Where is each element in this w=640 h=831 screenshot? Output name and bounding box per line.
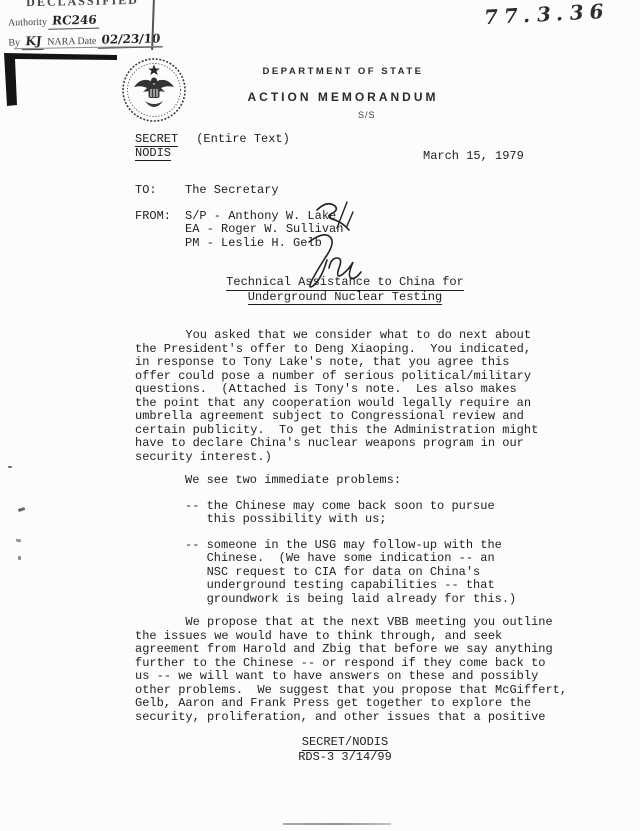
state-department-seal-icon [121,57,187,123]
body-paragraph-2: We propose that at the next VBB meeting … [135,616,580,724]
body-paragraph-1: You asked that we consider what to do ne… [135,329,580,464]
letterhead-agency: DEPARTMENT OF STATE [218,66,468,77]
stamp-authority-value: RC246 [49,13,101,30]
gelb-signature [309,235,361,287]
bullet-item-1: -- the Chinese may come back soon to pur… [185,500,580,527]
classification-level: SECRET [135,132,178,147]
scan-speck [8,466,12,468]
bullet-item-2: -- someone in the USG may follow-up with… [185,539,580,607]
scanned-memo-page: DECLASSIFIED Authority RC246 By KJ NARA … [0,0,640,831]
subject-line-2: Underground Nuclear Testing [248,291,442,306]
scan-smudge [283,823,391,825]
declassified-stamp: DECLASSIFIED Authority RC246 By KJ NARA … [7,0,158,51]
stamp-nara-label: NARA Date [47,36,96,48]
scan-speck [16,539,21,543]
stamp-authority-line: Authority RC246 [8,11,158,30]
stamp-by-label: By [8,37,20,48]
classification-block: SECRET(Entire Text) NODIS March 15, 1979 [135,133,580,160]
footer-classification: SECRET/NODIS [302,736,388,751]
classification-scope: (Entire Text) [196,132,290,146]
to-value: The Secretary [185,184,279,198]
body-lead-in: We see two immediate problems: [185,474,580,488]
classification-handling: NODIS [135,146,171,161]
declassified-stamp-title: DECLASSIFIED [7,0,157,11]
from-label: FROM: [135,210,185,251]
signature-overlay [295,196,375,288]
scan-speck [18,556,21,560]
letterhead-memo-type: ACTION MEMORANDUM [218,90,468,104]
to-label: TO: [135,184,185,198]
memo-date: March 15, 1979 [423,150,524,164]
page-footer: SECRET/NODIS RDS-3 3/14/99 [135,736,555,764]
footer-rds-line: RDS-3 3/14/99 [135,751,555,765]
corner-crop-mark [4,50,124,112]
scan-speck [18,507,26,512]
stamp-authority-label: Authority [8,17,47,29]
letterhead-office-symbol: S/S [358,110,376,120]
handwritten-ref-number: 77.3.36 [483,0,611,29]
